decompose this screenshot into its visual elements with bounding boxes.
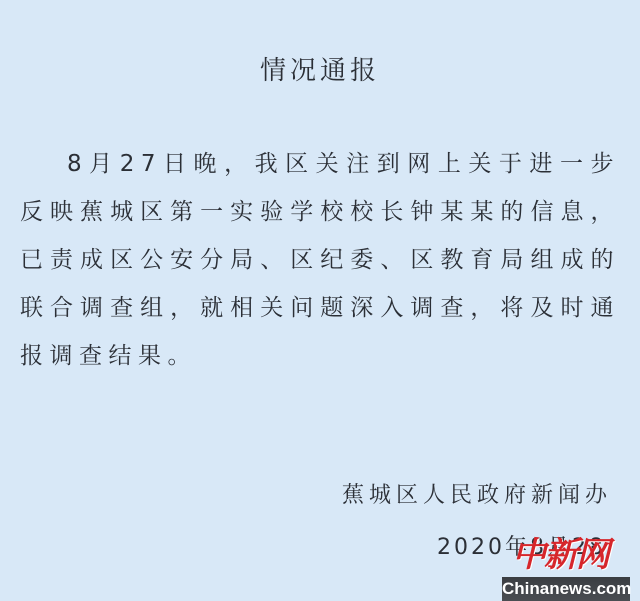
chinanews-logo-watermark: 中新网	[512, 527, 608, 576]
issuer-signature: 蕉城区人民政府新闻办	[342, 478, 612, 509]
chinanews-site-watermark: Chinanews.com	[502, 577, 630, 601]
notice-title: 情况通报	[0, 50, 640, 87]
notice-body: 8月27日晚，我区关注到网上关于进一步反映蕉城区第一实验学校校长钟某某的信息，已…	[20, 140, 620, 380]
